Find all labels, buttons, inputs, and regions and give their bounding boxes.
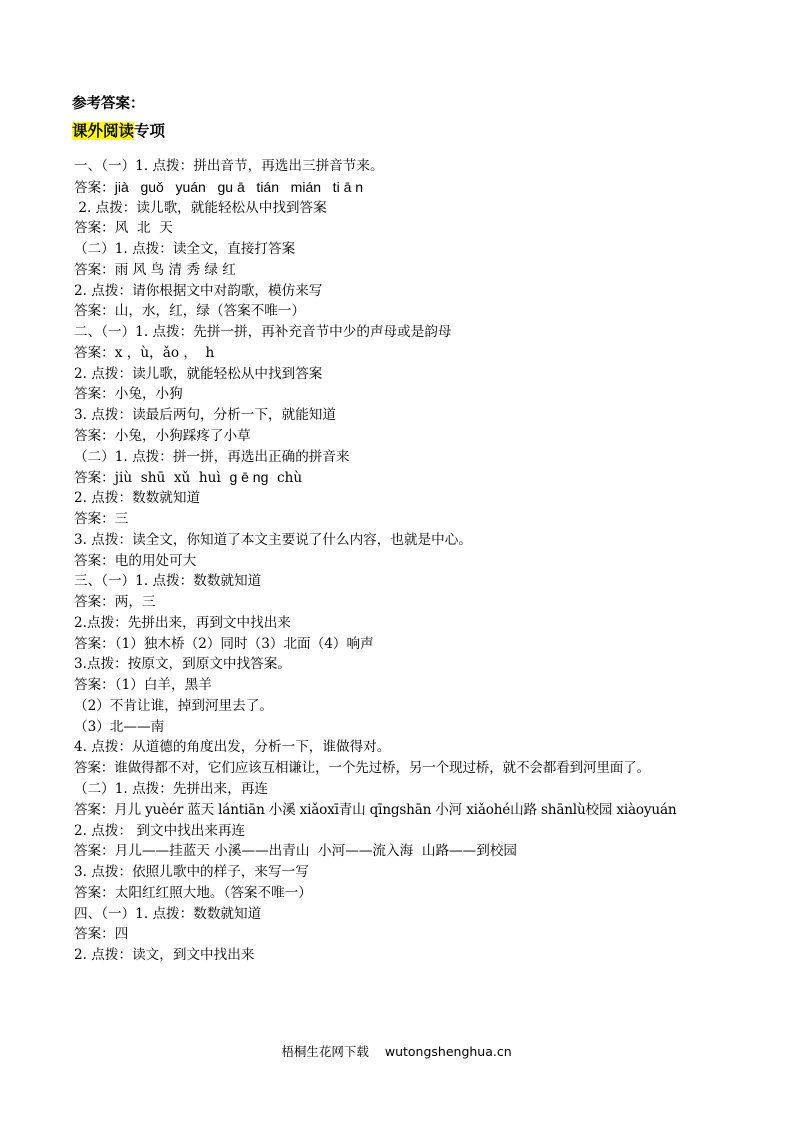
answer-line: 答案：雨 风 鸟 清 秀 绿 红 [74, 260, 734, 281]
section-title-rest: 专项 [134, 122, 165, 140]
answer-line: 答案：月儿——挂蓝天 小溪——出青山 小河——流入海 山路——到校园 [74, 841, 734, 862]
answer-line: 答案：三 [74, 509, 734, 530]
answer-line: 答案：（1）白羊，黑羊 [74, 675, 734, 696]
answer-line: 答案：电的用处可大 [74, 551, 734, 572]
answer-line: （2）不肯让谁，掉到河里去了。 [74, 696, 734, 717]
answer-line: （二）1. 点拨：先拼出来，再连 [74, 779, 734, 800]
pinyin-answer: jià guǒ yuán gu ā tián mián ti ā n [115, 179, 363, 195]
section-title: 课外阅读专项 [72, 121, 165, 141]
section-title-highlight: 课外阅读 [72, 122, 134, 140]
answer-line: 答案：两，三 [74, 592, 734, 613]
answer-line: 答案：小兔，小狗 [74, 384, 734, 405]
answer-line: 3. 点拨：依照儿歌中的样子，来写一写 [74, 862, 734, 883]
answer-line: （二）1. 点拨：读全文，直接打答案 [74, 239, 734, 260]
answer-line: 2. 点拨： 到文中找出来再连 [74, 821, 734, 842]
answer-line: 2. 点拨：请你根据文中对韵歌，模仿来写 [74, 281, 734, 302]
answer-line: 2. 点拨：读文，到文中找出来 [74, 945, 734, 966]
answer-line: 2. 点拨：读儿歌，就能轻松从中找到答案 [74, 364, 734, 385]
answer-line: 答案：山，水，红，绿（答案不唯一） [74, 301, 734, 322]
answer-line: 答案：jiù shū xǔ huì g ē ng chù [74, 467, 734, 488]
document-page: 参考答案： 课外阅读专项 一、（一）1. 点拨：拼出音节，再选出三拼音节来。 答… [0, 0, 793, 1122]
answer-line: 3. 点拨：读全文，你知道了本文主要说了什么内容，也就是中心。 [74, 530, 734, 551]
answer-line: 答案：jià guǒ yuán gu ā tián mián ti ā n [74, 177, 734, 198]
answer-line: 答案：太阳红红照大地。（答案不唯一） [74, 883, 734, 904]
answer-line: （3）北——南 [74, 717, 734, 738]
page-footer: 梧桐生花网下载wutongshenghua.cn [0, 1043, 793, 1061]
footer-site-name: 梧桐生花网下载 [281, 1044, 369, 1059]
answer-line: 答案：四 [74, 924, 734, 945]
pinyin-answer: 答案：jiù shū xǔ huì [74, 470, 229, 486]
answer-line: 答案：x ，ù，ǎo ， h [74, 343, 734, 364]
answer-line: 2. 点拨：读儿歌，就能轻松从中找到答案 [74, 198, 734, 219]
answer-line: 2.点拨：先拼出来，再到文中找出来 [74, 613, 734, 634]
answers-title: 参考答案： [72, 94, 145, 114]
answer-line: 答案：风 北 天 [74, 218, 734, 239]
answer-body: 一、（一）1. 点拨：拼出音节，再选出三拼音节来。 答案：jià guǒ yuá… [74, 156, 734, 966]
answer-line: 四、（一）1. 点拨：数数就知道 [74, 904, 734, 925]
answer-line: 三、（一）1. 点拨：数数就知道 [74, 571, 734, 592]
answer-line: 答案：月儿 yuèér 蓝天 lántiān 小溪 xiǎoxī青山 qīngs… [74, 800, 734, 821]
answer-line: 3.点拨：按原文，到原文中找答案。 [74, 654, 734, 675]
answer-line: 二、（一）1. 点拨：先拼一拼，再补充音节中少的声母或是韵母 [74, 322, 734, 343]
footer-site-url: wutongshenghua.cn [385, 1044, 512, 1059]
answer-line: 3. 点拨：读最后两句，分析一下，就能知道 [74, 405, 734, 426]
answer-line: 答案：（1）独木桥（2）同时（3）北面（4）响声 [74, 634, 734, 655]
answer-label: 答案： [74, 180, 115, 196]
answer-line: 答案：谁做得都不对，它们应该互相谦让，一个先过桥，另一个现过桥，就不会都看到河里… [74, 758, 734, 779]
answer-line: 2. 点拨：数数就知道 [74, 488, 734, 509]
pinyin-answer-chu: chù [268, 470, 302, 486]
answer-line: 答案：小兔，小狗踩疼了小草 [74, 426, 734, 447]
answer-line: 一、（一）1. 点拨：拼出音节，再选出三拼音节来。 [74, 156, 734, 177]
answer-line: （二）1. 点拨：拼一拼，再选出正确的拼音来 [74, 447, 734, 468]
pinyin-answer-geng: g ē ng [229, 469, 268, 485]
answer-line: 4. 点拨：从道德的角度出发，分析一下，谁做得对。 [74, 737, 734, 758]
